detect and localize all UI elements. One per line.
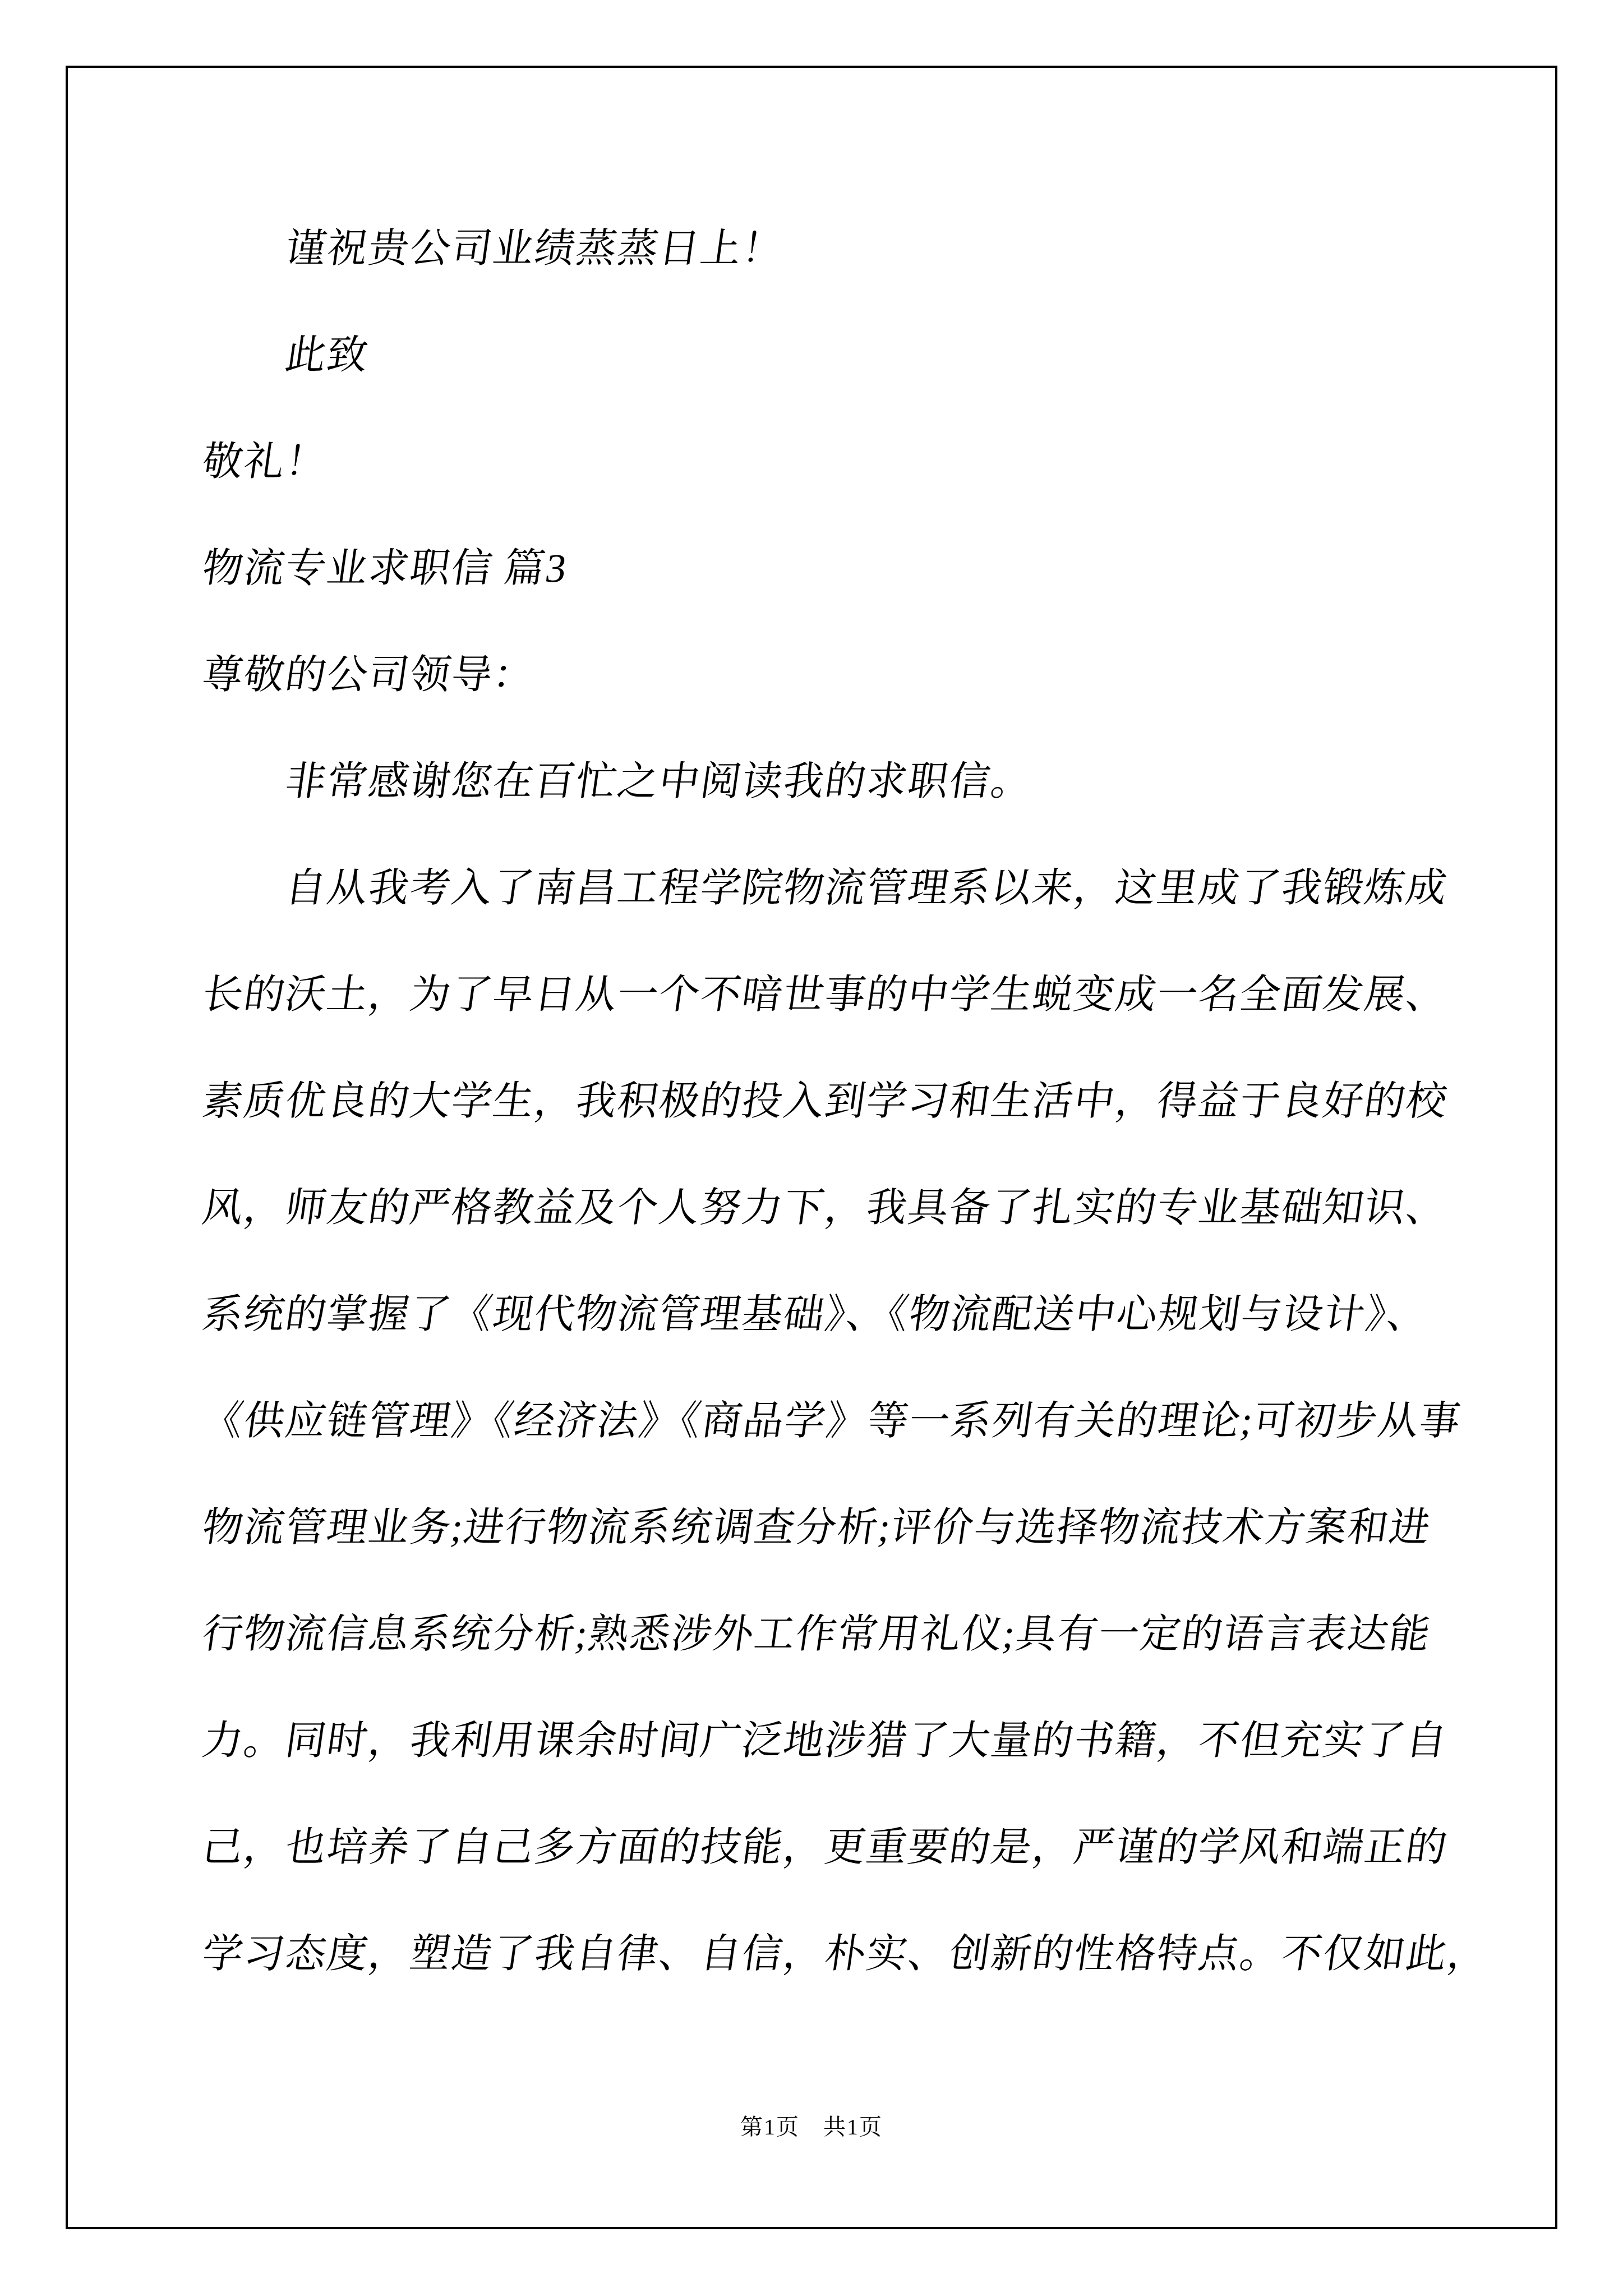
document-page: 谨祝贵公司业绩蒸蒸日上！此致敬礼！物流专业求职信 篇3尊敬的公司领导：非常感谢您…	[0, 0, 1623, 2296]
text-line: 敬礼！	[195, 408, 1511, 515]
text-line: 尊敬的公司领导：	[195, 622, 1511, 728]
text-line: 素质优良的大学生，我积极的投入到学习和生活中，得益于良好的校	[195, 1048, 1511, 1154]
text-line: 风，师友的严格教益及个人努力下，我具备了扎实的专业基础知识、	[195, 1154, 1511, 1261]
text-line: 谨祝贵公司业绩蒸蒸日上！	[195, 195, 1511, 302]
text-line: 物流专业求职信 篇3	[195, 515, 1511, 622]
text-line: 此致	[195, 302, 1511, 408]
text-line: 自从我考入了南昌工程学院物流管理系以来，这里成了我锻炼成	[195, 835, 1511, 941]
text-line: 行物流信息系统分析;熟悉涉外工作常用礼仪;具有一定的语言表达能	[195, 1581, 1511, 1687]
page-footer: 第1页 共1页	[0, 2114, 1623, 2141]
text-line: 己，也培养了自己多方面的技能，更重要的是，严谨的学风和端正的	[195, 1794, 1511, 1901]
text-line: 系统的掌握了《现代物流管理基础》、《物流配送中心规划与设计》、	[195, 1261, 1511, 1368]
text-line: 力。同时，我利用课余时间广泛地涉猎了大量的书籍，不但充实了自	[195, 1687, 1511, 1794]
text-line: 物流管理业务;进行物流系统调查分析;评价与选择物流技术方案和进	[195, 1474, 1511, 1581]
letter-body: 谨祝贵公司业绩蒸蒸日上！此致敬礼！物流专业求职信 篇3尊敬的公司领导：非常感谢您…	[195, 195, 1496, 2007]
text-line: 《供应链管理》《经济法》《商品学》等一系列有关的理论;可初步从事	[195, 1368, 1511, 1474]
text-line: 长的沃土，为了早日从一个不喑世事的中学生蜕变成一名全面发展、	[195, 941, 1511, 1048]
text-line: 非常感谢您在百忙之中阅读我的求职信。	[195, 728, 1511, 835]
text-line: 学习态度，塑造了我自律、自信，朴实、创新的性格特点。不仅如此，	[195, 1901, 1511, 2007]
page-number: 第1页 共1页	[740, 2114, 883, 2139]
